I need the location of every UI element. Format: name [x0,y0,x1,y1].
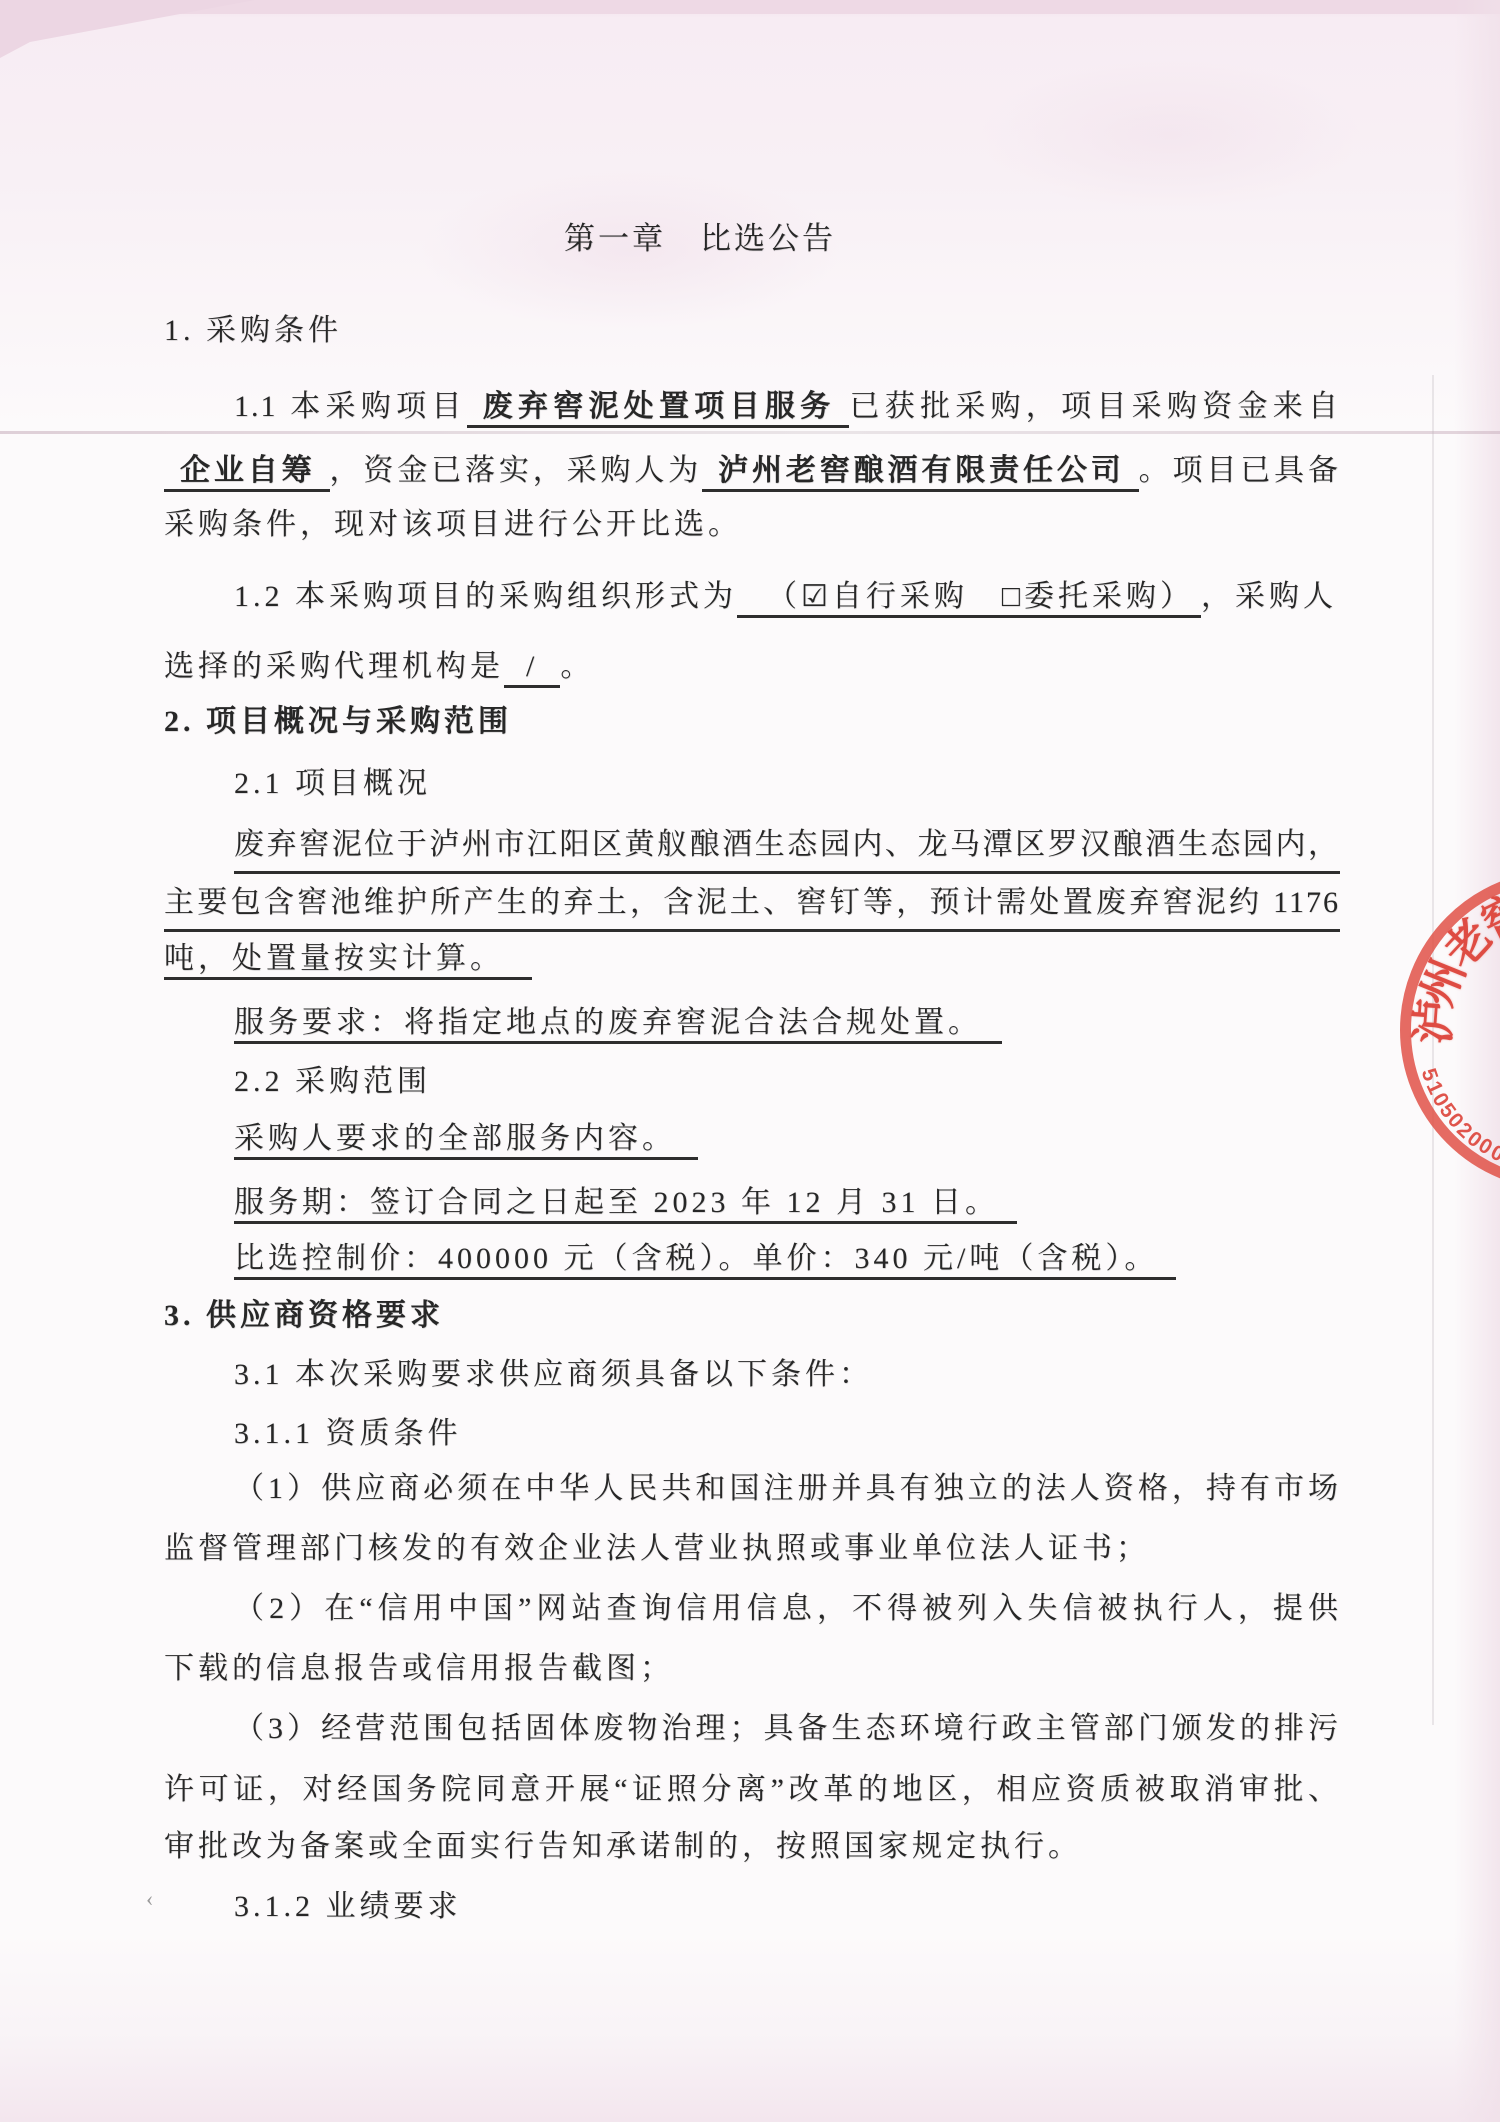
seal-serial-digit: 0 [1474,1134,1497,1161]
scan-tint-right [1454,0,1500,2122]
heading-text: 3.1.2 业绩要求 [234,1890,462,1923]
text-segment: 下载的信息报告或信用报告截图； [164,1652,674,1685]
text-segment: 采购条件，现对该项目进行公开比选。 [164,508,742,541]
scan-edge-top [0,0,1500,14]
filled-field-project-name: 废弃窖泥处置项目服务 [467,390,850,428]
subsection-heading-3-1-1: 3.1.1 资质条件 [234,1415,462,1453]
text-segment: 。项目已具备 [1139,454,1340,487]
heading-text: 2.2 采购范围 [234,1065,431,1098]
seal-serial-digit: 0 [1442,1109,1468,1134]
heading-text: 2. 项目概况与采购范围 [164,705,512,738]
heading-text: 1. 采购条件 [164,314,342,347]
doc-line: 服务期：签订合同之日起至 2023 年 12 月 31 日。 [234,1184,1017,1222]
text-segment: 废弃窖泥位于泸州市江阳区黄舣酿酒生态园内、龙马潭区罗汉酿酒生态园内， [234,828,1340,861]
text-segment: 监督管理部门核发的有效企业法人营业执照或事业单位法人证书； [164,1532,1150,1565]
text-segment: 主要包含窖池维护所产生的弃土，含泥土、窖钉等，预计需处置废弃窖泥约 1176 [164,886,1340,919]
subsection-heading-2-2: 2.2 采购范围 [234,1063,431,1101]
chapter-title-text: 第一章 比选公告 [564,221,836,256]
text-segment: 已获批采购，项目采购资金来自 [849,390,1340,423]
text-segment: 服务期：签订合同之日起至 2023 年 12 月 31 日。 [234,1186,1017,1224]
seal-serial-digit: 2 [1452,1118,1477,1144]
text-segment: 许可证，对经国务院同意开展“证照分离”改革的地区，相应资质被取消审批、 [164,1773,1340,1806]
scan-blotch [980,60,1360,210]
seal-serial-digit: 0 [1486,1141,1500,1168]
seal-serial-digit: 5 [1434,1099,1460,1123]
text-segment: 比选控制价：400000 元（含税）。单价：340 元/吨（含税）。 [234,1242,1176,1280]
checkbox-options-field: （☑自行采购 □委托采购） [737,580,1201,618]
text-segment: ，采购人 [1201,580,1337,613]
doc-line: 1.2 本采购项目的采购组织形式为（☑自行采购 □委托采购），采购人 [234,578,1337,616]
doc-line-underlined: 主要包含窖池维护所产生的弃土，含泥土、窖钉等，预计需处置废弃窖泥约 1176 [164,884,1340,932]
scan-tint-bottom [0,1932,1500,2122]
text-segment: （1）供应商必须在中华人民共和国注册并具有独立的法人资格，持有市场 [234,1472,1340,1505]
scan-crease-horizontal [0,431,1500,434]
subsection-heading-3-1-2: 3.1.2 业绩要求 [234,1888,462,1926]
stray-mark-glyph: ‹ [146,1886,153,1911]
doc-line: 服务要求：将指定地点的废弃窖泥合法合规处置。 [234,1004,1002,1042]
text-segment: 吨，处置量按实计算。 [164,942,532,980]
doc-line: 选择的采购代理机构是/。 [164,648,594,686]
doc-line: 监督管理部门核发的有效企业法人营业执照或事业单位法人证书； [164,1530,1150,1568]
seal-serial-digit: 1 [1421,1078,1448,1099]
doc-line: （1）供应商必须在中华人民共和国注册并具有独立的法人资格，持有市场 [234,1470,1340,1508]
filled-field-purchaser-name: 泸州老窖酿酒有限责任公司 [702,454,1139,492]
doc-line: 比选控制价：400000 元（含税）。单价：340 元/吨（含税）。 [234,1240,1176,1278]
section-heading-1: 1. 采购条件 [164,312,342,350]
page-corner-shadow [0,0,260,62]
seal-serial-digit: 0 [1462,1127,1486,1153]
seal-text-char: 泸 [1396,996,1464,1045]
scan-crease-vertical [1432,375,1434,1725]
text-segment: 1.1 本采购项目 [234,390,467,423]
stray-mark: ‹ [146,1886,153,1912]
seal-text-char: 老 [1426,902,1500,979]
doc-line: 审批改为备案或全面实行告知承诺制的，按照国家规定执行。 [164,1828,1082,1866]
text-segment: 3.1 本次采购要求供应商须具备以下条件： [234,1358,873,1391]
doc-line: （2）在“信用中国”网站查询信用信息，不得被列入失信被执行人，提供 [234,1590,1340,1628]
agency-slash-field: / [504,650,560,688]
heading-text: 3. 供应商资格要求 [164,1299,444,1332]
doc-line: （3）经营范围包括固体废物治理；具备生态环境行政主管部门颁发的排污 [234,1710,1340,1748]
text-segment: 选择的采购代理机构是 [164,650,504,683]
doc-line: 采购条件，现对该项目进行公开比选。 [164,506,742,544]
doc-line: 1.1 本采购项目废弃窖泥处置项目服务已获批采购，项目采购资金来自 [234,388,1340,426]
doc-line: 企业自筹，资金已落实，采购人为泸州老窖酿酒有限责任公司。项目已具备 [164,452,1340,490]
doc-line-underlined: 废弃窖泥位于泸州市江阳区黄舣酿酒生态园内、龙马潭区罗汉酿酒生态园内， [234,826,1340,874]
heading-text: 3.1.1 资质条件 [234,1417,462,1450]
doc-line: 下载的信息报告或信用报告截图； [164,1650,674,1688]
doc-line: 许可证，对经国务院同意开展“证照分离”改革的地区，相应资质被取消审批、 [164,1771,1340,1809]
section-heading-2: 2. 项目概况与采购范围 [164,703,512,741]
seal-serial-digit: 0 [1427,1089,1454,1111]
heading-text: 2.1 项目概况 [234,767,431,800]
text-segment: 。 [560,650,594,683]
subsection-heading-2-1: 2.1 项目概况 [234,765,431,803]
doc-line: 采购人要求的全部服务内容。 [234,1120,698,1158]
doc-line: 吨，处置量按实计算。 [164,940,532,978]
seal-ring [1400,870,1500,1190]
text-segment: 采购人要求的全部服务内容。 [234,1122,698,1160]
filled-field-funding-source: 企业自筹 [164,454,330,492]
text-segment: ，资金已落实，采购人为 [330,454,703,487]
seal-text-char: 窖 [1469,874,1500,952]
text-segment: （2）在“信用中国”网站查询信用信息，不得被列入失信被执行人，提供 [234,1592,1340,1625]
text-segment: 服务要求：将指定地点的废弃窖泥合法合规处置。 [234,1006,1002,1044]
doc-line: 3.1 本次采购要求供应商须具备以下条件： [234,1356,873,1394]
scanned-document-page: 第一章 比选公告 1. 采购条件 1.1 本采购项目废弃窖泥处置项目服务已获批采… [0,0,1500,2122]
chapter-title: 第一章 比选公告 [0,220,1400,259]
text-segment: （3）经营范围包括固体废物治理；具备生态环境行政主管部门颁发的排污 [234,1712,1340,1745]
text-segment: 审批改为备案或全面实行告知承诺制的，按照国家规定执行。 [164,1830,1082,1863]
section-heading-3: 3. 供应商资格要求 [164,1297,444,1335]
text-segment: 1.2 本采购项目的采购组织形式为 [234,580,737,613]
seal-serial-digit: 5 [1416,1066,1442,1085]
seal-text-char: 州 [1400,948,1477,1014]
